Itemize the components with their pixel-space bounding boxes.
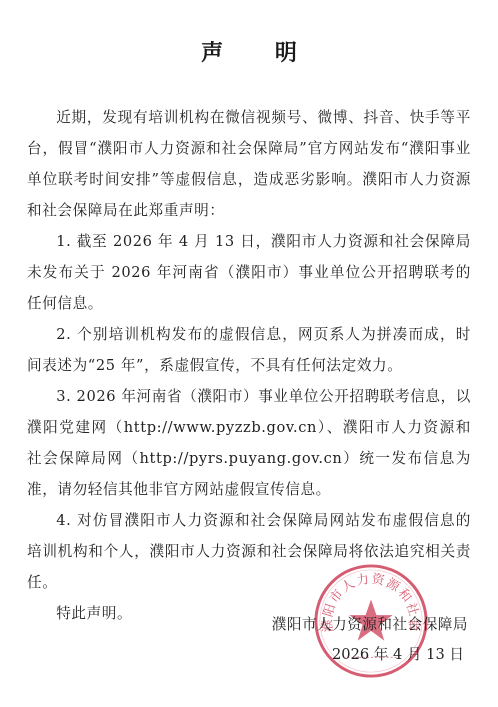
document-body: 近期，发现有培训机构在微信视频号、微博、抖音、快手等平台，假冒“濮阳市人力资源和… [27,102,471,629]
page-title: 声 明 [0,36,498,67]
signature-organization: 濮阳市人力资源和社会保障局 [250,613,468,634]
clause-1: 1. 截至 2026 年 4 月 13 日，濮阳市人力资源和社会保障局未发布关于… [27,226,471,319]
intro-paragraph: 近期，发现有培训机构在微信视频号、微博、抖音、快手等平台，假冒“濮阳市人力资源和… [27,102,471,226]
signature-date: 2026 年 4 月 13 日 [332,643,464,664]
clause-3: 3. 2026 年河南省（濮阳市）事业单位公开招聘联考信息，以濮阳党建网（htt… [27,381,471,505]
clause-2: 2. 个别培训机构发布的虚假信息，网页系人为拼凑而成，时间表述为“25 年”，系… [27,319,471,381]
